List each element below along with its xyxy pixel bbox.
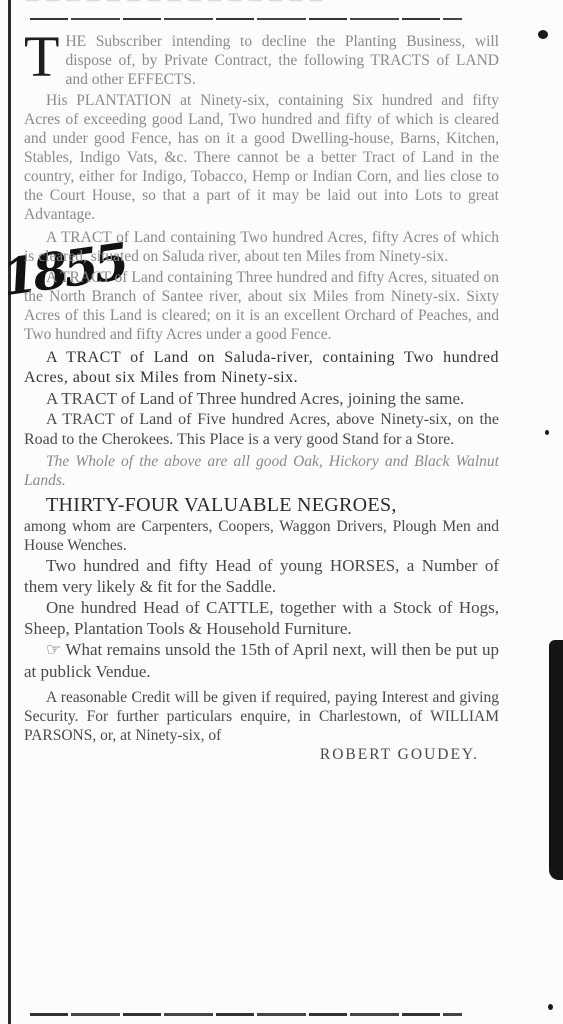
- top-separator-rule: [30, 18, 462, 20]
- scan-edge-smudge: [549, 640, 563, 880]
- drop-cap: T: [24, 34, 59, 80]
- pointing-hand-icon: ☞: [46, 640, 61, 660]
- tract-paragraph-3: A TRACT of Land on Saluda-river, contain…: [24, 348, 499, 388]
- intro-text: HE Subscriber intending to decline the P…: [65, 33, 499, 88]
- tract-paragraph-2: A TRACT of Land containing Three hundred…: [24, 268, 499, 344]
- ink-spot-icon: [548, 1004, 553, 1010]
- tract-paragraph-5: A TRACT of Land of Five hundred Acres, a…: [24, 410, 499, 450]
- previous-ad-fragment: — — — — — — — — — — — — — — —: [26, 0, 456, 8]
- credit-paragraph: A reasonable Credit will be given if req…: [24, 688, 499, 745]
- tract-paragraph-1: A TRACT of Land containing Two hundred A…: [24, 228, 499, 266]
- ink-spot-icon: [545, 430, 549, 435]
- column-border-rule: [8, 0, 11, 1024]
- ink-spot-icon: [538, 30, 548, 39]
- bottom-separator-rule: [30, 1013, 462, 1016]
- unsold-notice-text: What remains unsold the 15th of April ne…: [24, 640, 499, 681]
- negroes-heading: THIRTY-FOUR VALUABLE NEGROES,: [24, 494, 499, 517]
- signature: ROBERT GOUDEY.: [24, 745, 479, 764]
- newspaper-page: — — — — — — — — — — — — — — — 1855 T HE …: [0, 0, 563, 1024]
- horses-paragraph: Two hundred and fifty Head of young HORS…: [24, 555, 499, 597]
- negroes-description: among whom are Carpenters, Coopers, Wagg…: [24, 517, 499, 555]
- unsold-notice-paragraph: ☞ What remains unsold the 15th of April …: [24, 639, 499, 682]
- intro-paragraph: T HE Subscriber intending to decline the…: [24, 32, 499, 89]
- tract-paragraph-4: A TRACT of Land of Three hundred Acres, …: [24, 388, 499, 410]
- plantation-paragraph: His PLANTATION at Ninety-six, containing…: [24, 91, 499, 224]
- cattle-paragraph: One hundred Head of CATTLE, together wit…: [24, 597, 499, 639]
- advertisement-body: T HE Subscriber intending to decline the…: [24, 30, 499, 764]
- land-quality-note: The Whole of the above are all good Oak,…: [24, 452, 499, 490]
